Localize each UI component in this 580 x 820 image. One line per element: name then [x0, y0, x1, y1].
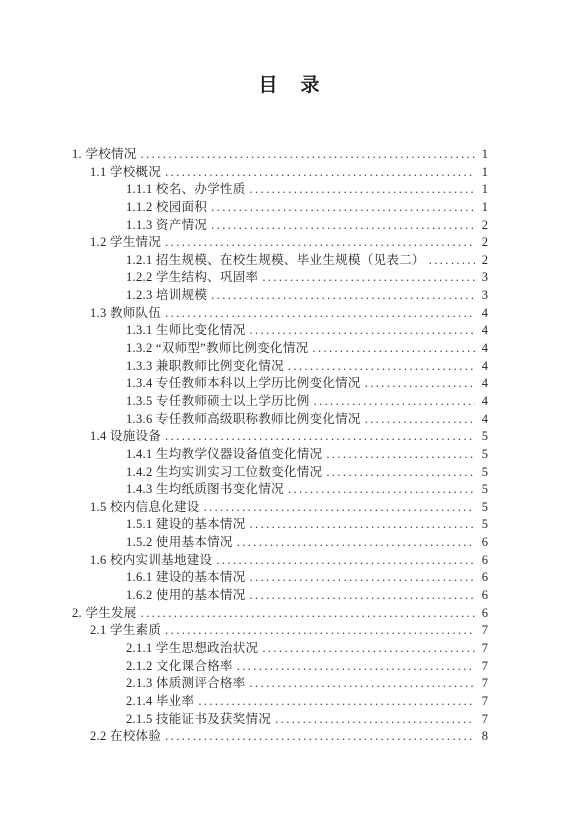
toc-entry-label: 1.5.2 使用基本情况 — [126, 534, 233, 552]
toc-entry-label: 2.1.4 毕业率 — [126, 693, 194, 711]
toc-entry-label: 1. 学校情况 — [72, 146, 137, 164]
toc-entry[interactable]: 2.1.1 学生思想政治状况 7 — [72, 640, 488, 658]
toc-entry[interactable]: 1.1.3 资产情况 2 — [72, 217, 488, 235]
toc-entry-page: 2 — [478, 252, 488, 270]
toc-entry-page: 4 — [478, 375, 488, 393]
toc-entry-label: 2.1.1 学生思想政治状况 — [126, 640, 258, 658]
toc-entry-page: 7 — [478, 640, 488, 658]
toc-leader-dots — [237, 534, 475, 552]
toc-leader-dots — [204, 499, 475, 517]
toc-entry[interactable]: 1.3.2 “双师型”教师比例变化情况 4 — [72, 340, 488, 358]
toc: 1. 学校情况 1 1.1 学校概况 1 1.1.1 校名、办学性质 1 1.1… — [72, 146, 488, 746]
toc-entry-label: 1.3.6 专任教师高级职称教师比例变化情况 — [126, 411, 361, 429]
toc-entry[interactable]: 2.1.2 文化课合格率 7 — [72, 658, 488, 676]
toc-entry[interactable]: 2.1.4 毕业率 7 — [72, 693, 488, 711]
toc-entry-label: 1.4.3 生均纸质图书变化情况 — [126, 481, 284, 499]
toc-entry-label: 1.3.1 生师比变化情况 — [126, 322, 246, 340]
toc-entry[interactable]: 1.1.2 校园面积 1 — [72, 199, 488, 217]
toc-entry[interactable]: 1.3.1 生师比变化情况 4 — [72, 322, 488, 340]
toc-leader-dots — [211, 287, 475, 305]
toc-leader-dots — [312, 340, 475, 358]
toc-entry-page: 5 — [478, 428, 488, 446]
toc-leader-dots — [250, 675, 475, 693]
toc-entry-page: 5 — [478, 516, 488, 534]
toc-leader-dots — [314, 393, 475, 411]
toc-entry[interactable]: 1.5 校内信息化建设 5 — [72, 499, 488, 517]
toc-entry-page: 7 — [478, 675, 488, 693]
toc-leader-dots — [365, 375, 475, 393]
document-page: 目 录 1. 学校情况 1 1.1 学校概况 1 1.1.1 校名、办学性质 1… — [0, 0, 580, 820]
toc-entry[interactable]: 1.4 设施设备 5 — [72, 428, 488, 446]
toc-entry[interactable]: 2. 学生发展 6 — [72, 605, 488, 623]
toc-entry[interactable]: 1.6 校内实训基地建设 6 — [72, 552, 488, 570]
toc-entry-page: 7 — [478, 658, 488, 676]
toc-entry-label: 1.6.1 建设的基本情况 — [126, 569, 246, 587]
toc-leader-dots — [141, 605, 475, 623]
toc-entry-label: 1.6.2 使用的基本情况 — [126, 587, 246, 605]
toc-entry[interactable]: 1.2.1 招生规模、在校生规模、毕业生规模（见表二） 2 — [72, 252, 488, 270]
toc-leader-dots — [429, 252, 475, 270]
toc-entry-label: 1.6 校内实训基地建设 — [90, 552, 212, 570]
toc-leader-dots — [165, 164, 475, 182]
toc-entry-page: 4 — [478, 322, 488, 340]
toc-entry-label: 1.2.3 培训规模 — [126, 287, 207, 305]
toc-entry[interactable]: 1.6.1 建设的基本情况 6 — [72, 569, 488, 587]
toc-leader-dots — [262, 269, 475, 287]
toc-leader-dots — [275, 711, 475, 729]
toc-leader-dots — [165, 305, 475, 323]
toc-entry-page: 6 — [478, 605, 488, 623]
toc-entry[interactable]: 1.6.2 使用的基本情况 6 — [72, 587, 488, 605]
toc-entry-page: 3 — [478, 287, 488, 305]
toc-entry[interactable]: 1. 学校情况 1 — [72, 146, 488, 164]
toc-entry-page: 6 — [478, 534, 488, 552]
toc-entry-page: 2 — [478, 234, 488, 252]
toc-entry-label: 1.3.5 专任教师硕士以上学历比例 — [126, 393, 310, 411]
toc-leader-dots — [141, 146, 475, 164]
toc-leader-dots — [288, 358, 475, 376]
toc-leader-dots — [211, 217, 475, 235]
toc-leader-dots — [165, 428, 475, 446]
toc-entry-page: 5 — [478, 481, 488, 499]
toc-entry-label: 1.1.3 资产情况 — [126, 217, 207, 235]
toc-entry-label: 1.1.1 校名、办学性质 — [126, 181, 246, 199]
toc-entry[interactable]: 1.3.6 专任教师高级职称教师比例变化情况 4 — [72, 411, 488, 429]
toc-entry[interactable]: 1.2.2 学生结构、巩固率 3 — [72, 269, 488, 287]
toc-entry-page: 7 — [478, 711, 488, 729]
toc-entry-page: 7 — [478, 693, 488, 711]
toc-leader-dots — [250, 181, 475, 199]
toc-entry-page: 7 — [478, 622, 488, 640]
toc-entry-label: 2.2 在校体验 — [90, 728, 161, 746]
toc-leader-dots — [262, 640, 475, 658]
toc-entry[interactable]: 2.2 在校体验 8 — [72, 728, 488, 746]
toc-entry-page: 1 — [478, 164, 488, 182]
toc-entry-page: 4 — [478, 305, 488, 323]
toc-entry[interactable]: 1.3.3 兼职教师比例变化情况 4 — [72, 358, 488, 376]
toc-entry[interactable]: 1.3 教师队伍 4 — [72, 305, 488, 323]
toc-leader-dots — [216, 552, 475, 570]
toc-leader-dots — [326, 464, 475, 482]
toc-entry-page: 1 — [478, 146, 488, 164]
toc-entry-label: 1.4.1 生均教学仪器设备值变化情况 — [126, 446, 322, 464]
toc-leader-dots — [211, 199, 475, 217]
toc-entry-label: 2.1.2 文化课合格率 — [126, 658, 233, 676]
toc-entry-label: 1.3.2 “双师型”教师比例变化情况 — [126, 340, 308, 358]
toc-leader-dots — [250, 569, 475, 587]
toc-leader-dots — [250, 587, 475, 605]
toc-entry[interactable]: 2.1 学生素质 7 — [72, 622, 488, 640]
toc-entry-page: 3 — [478, 269, 488, 287]
toc-entry-page: 5 — [478, 499, 488, 517]
toc-leader-dots — [165, 234, 475, 252]
toc-entry-page: 6 — [478, 569, 488, 587]
toc-entry-label: 2.1.3 体质测评合格率 — [126, 675, 246, 693]
toc-entry-label: 1.1 学校概况 — [90, 164, 161, 182]
toc-entry[interactable]: 2.1.5 技能证书及获奖情况 7 — [72, 711, 488, 729]
toc-entry[interactable]: 1.4.2 生均实训实习工位数变化情况 5 — [72, 464, 488, 482]
toc-entry[interactable]: 1.2 学生情况 2 — [72, 234, 488, 252]
toc-entry[interactable]: 1.1 学校概况 1 — [72, 164, 488, 182]
toc-entry-label: 1.1.2 校园面积 — [126, 199, 207, 217]
toc-entry-label: 1.3 教师队伍 — [90, 305, 161, 323]
toc-leader-dots — [198, 693, 475, 711]
toc-entry-page: 4 — [478, 358, 488, 376]
toc-entry[interactable]: 1.2.3 培训规模 3 — [72, 287, 488, 305]
toc-entry-label: 1.4.2 生均实训实习工位数变化情况 — [126, 464, 322, 482]
page-title: 目 录 — [0, 70, 580, 97]
toc-entry-label: 2.1 学生素质 — [90, 622, 161, 640]
toc-entry-page: 4 — [478, 340, 488, 358]
toc-entry-label: 1.3.4 专任教师本科以上学历比例变化情况 — [126, 375, 361, 393]
toc-entry-page: 6 — [478, 552, 488, 570]
toc-entry-label: 1.5 校内信息化建设 — [90, 499, 200, 517]
toc-entry[interactable]: 1.5.1 建设的基本情况 5 — [72, 516, 488, 534]
toc-entry-label: 2.1.5 技能证书及获奖情况 — [126, 711, 271, 729]
toc-leader-dots — [250, 322, 475, 340]
toc-entry[interactable]: 1.5.2 使用基本情况 6 — [72, 534, 488, 552]
toc-entry-label: 1.4 设施设备 — [90, 428, 161, 446]
toc-entry-page: 1 — [478, 181, 488, 199]
toc-entry-page: 8 — [478, 728, 488, 746]
toc-entry[interactable]: 1.1.1 校名、办学性质 1 — [72, 181, 488, 199]
toc-entry-label: 1.2 学生情况 — [90, 234, 161, 252]
toc-entry-page: 2 — [478, 217, 488, 235]
toc-entry-page: 1 — [478, 199, 488, 217]
toc-entry-page: 5 — [478, 464, 488, 482]
toc-entry-label: 1.2.1 招生规模、在校生规模、毕业生规模（见表二） — [126, 252, 425, 270]
toc-leader-dots — [237, 658, 475, 676]
toc-leader-dots — [288, 481, 475, 499]
toc-entry[interactable]: 1.3.4 专任教师本科以上学历比例变化情况 4 — [72, 375, 488, 393]
toc-entry-page: 6 — [478, 587, 488, 605]
toc-entry[interactable]: 2.1.3 体质测评合格率 7 — [72, 675, 488, 693]
toc-entry-page: 4 — [478, 393, 488, 411]
toc-entry-label: 1.3.3 兼职教师比例变化情况 — [126, 358, 284, 376]
toc-leader-dots — [165, 728, 475, 746]
toc-leader-dots — [326, 446, 475, 464]
toc-leader-dots — [365, 411, 475, 429]
toc-leader-dots — [250, 516, 475, 534]
toc-entry-label: 1.5.1 建设的基本情况 — [126, 516, 246, 534]
toc-entry-page: 5 — [478, 446, 488, 464]
toc-entry-label: 1.2.2 学生结构、巩固率 — [126, 269, 258, 287]
toc-entry-label: 2. 学生发展 — [72, 605, 137, 623]
toc-entry-page: 4 — [478, 411, 488, 429]
toc-leader-dots — [165, 622, 475, 640]
toc-entry[interactable]: 1.4.1 生均教学仪器设备值变化情况 5 — [72, 446, 488, 464]
toc-entry[interactable]: 1.4.3 生均纸质图书变化情况 5 — [72, 481, 488, 499]
toc-entry[interactable]: 1.3.5 专任教师硕士以上学历比例 4 — [72, 393, 488, 411]
